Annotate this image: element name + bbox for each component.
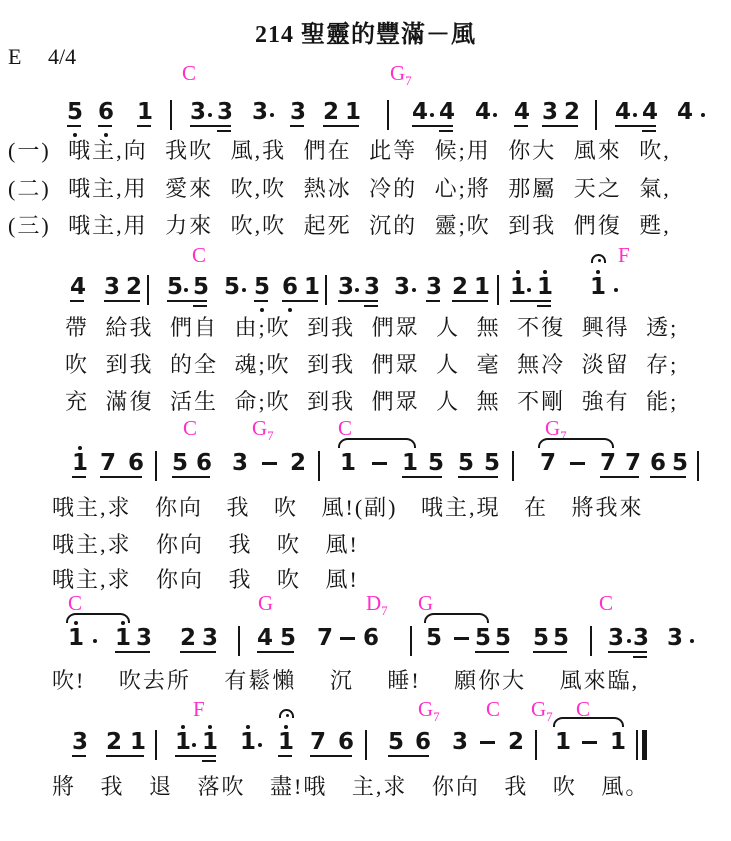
note-digit-1: 1 [510, 276, 526, 299]
chord-label-F: F [193, 698, 205, 720]
beam-line [106, 755, 144, 757]
note-digit-2: 2 [126, 276, 142, 299]
note-digit-3: 3 [232, 452, 248, 475]
beam-line [475, 651, 509, 653]
note-digit-2: 2 [180, 627, 196, 650]
beam-line [615, 125, 656, 127]
chord-extension: 7 [405, 73, 412, 88]
lyric-line-8: 哦主,求 你向 我 吹 風! [52, 532, 359, 558]
lyric-line-10: 吹! 吹去所 有鬆懶 沉 睡! 願你大 風來臨, [52, 668, 639, 694]
note-digit-3: 3 [104, 276, 120, 299]
duration-dash [262, 462, 277, 465]
octave-dot-high [284, 725, 288, 729]
note-digit-1: 1 [137, 101, 153, 124]
note-digit-1: 1 [610, 731, 626, 754]
note-digit-1: 1 [202, 731, 218, 754]
beam-line [412, 125, 453, 127]
beam-line [364, 305, 378, 307]
octave-dot-high [543, 270, 547, 274]
note-digit-1: 1 [240, 731, 256, 754]
beam-line [514, 125, 528, 127]
beam-line [533, 651, 567, 653]
barline [497, 275, 499, 305]
note-digit-5: 5 [672, 452, 688, 475]
note-digit-1: 1 [115, 627, 131, 650]
note-digit-3: 3 [364, 276, 380, 299]
note-digit-3: 3 [542, 101, 558, 124]
key-signature: E [8, 44, 21, 70]
note-digit-1: 1 [537, 276, 553, 299]
octave-dot-high [246, 725, 250, 729]
beam-line [650, 476, 686, 478]
chord-label-C: C [486, 698, 500, 720]
augmentation-dot [627, 639, 631, 643]
tie-arc [66, 613, 130, 623]
beam-line [190, 125, 231, 127]
note-digit-7: 7 [310, 731, 326, 754]
note-digit-1: 1 [345, 101, 361, 124]
beam-line [257, 651, 294, 653]
note-digit-5: 5 [475, 627, 491, 650]
note-digit-5: 5 [388, 731, 404, 754]
note-digit-5: 5 [224, 276, 240, 299]
beam-line [452, 300, 488, 302]
beam-line [608, 651, 647, 653]
beam-line [72, 476, 86, 478]
barline [410, 626, 412, 656]
beam-line [70, 300, 84, 302]
barline [170, 100, 172, 130]
beam-line [172, 476, 210, 478]
note-digit-3: 3 [667, 627, 683, 650]
note-digit-5: 5 [553, 627, 569, 650]
octave-dot-high [596, 270, 600, 274]
barline [365, 730, 367, 760]
barline [318, 451, 320, 481]
octave-dot-low [104, 133, 108, 137]
octave-dot-low [288, 308, 292, 312]
note-digit-7: 7 [600, 452, 616, 475]
barline [595, 100, 597, 130]
beam-line [202, 760, 216, 762]
beam-line [310, 755, 352, 757]
note-digit-3: 3 [136, 627, 152, 650]
note-digit-4: 4 [439, 101, 455, 124]
page-title: 214 聖靈的豐滿－風 [0, 14, 731, 49]
augmentation-dot [258, 743, 262, 747]
note-digit-5: 5 [484, 452, 500, 475]
chord-label-D7: D7 [366, 592, 388, 616]
note-digit-2: 2 [323, 101, 339, 124]
beam-line [67, 125, 81, 127]
lyric-line-2: (二) 哦主,用 愛來 吹,吹 熱冰 冷的 心;將 那屬 天之 氣, [8, 176, 671, 202]
augmentation-dot [355, 288, 359, 292]
note-digit-3: 3 [252, 101, 268, 124]
note-digit-5: 5 [172, 452, 188, 475]
beam-line [642, 130, 656, 132]
augmentation-dot [614, 288, 618, 292]
hymn-sheet-page: 214 聖靈的豐滿－風 E 4/4 CG7561333321444432444C… [0, 0, 731, 841]
note-digit-2: 2 [508, 731, 524, 754]
augmentation-dot [192, 743, 196, 747]
augmentation-dot [527, 288, 531, 292]
note-digit-6: 6 [363, 627, 379, 650]
augmentation-dot [493, 113, 497, 117]
beam-line [278, 755, 292, 757]
tie-arc [424, 613, 489, 623]
note-digit-4: 4 [642, 101, 658, 124]
chord-label-G: G [258, 592, 273, 614]
duration-dash [582, 741, 597, 744]
beam-line [537, 305, 551, 307]
note-digit-6: 6 [650, 452, 666, 475]
lyric-line-5: 吹 到我 的全 魂;吹 到我 們眾 人 毫 無冷 淡留 存; [65, 352, 678, 378]
note-digit-3: 3 [217, 101, 233, 124]
fermata-dot [598, 259, 601, 262]
lyric-line-4: 帶 給我 們自 由;吹 到我 們眾 人 無 不復 興得 透; [65, 315, 678, 341]
note-digit-4: 4 [514, 101, 530, 124]
note-digit-4: 4 [677, 101, 693, 124]
lyric-line-6: 充 滿復 活生 命;吹 到我 們眾 人 無 不剛 強有 能; [65, 389, 678, 415]
octave-dot-low [73, 133, 77, 137]
chord-extension: 7 [267, 428, 274, 443]
barline [590, 626, 592, 656]
octave-dot-low [260, 308, 264, 312]
note-digit-1: 1 [175, 731, 191, 754]
lyric-line-3: (三) 哦主,用 力來 吹,吹 起死 沉的 靈;吹 到我 們復 甦, [8, 213, 671, 239]
note-digit-1: 1 [402, 452, 418, 475]
beam-line [282, 300, 318, 302]
chord-extension: 7 [381, 603, 388, 618]
lyric-line-1: (一) 哦主,向 我吹 風,我 們在 此等 候;用 你大 風來 吹, [8, 138, 671, 164]
note-digit-3: 3 [394, 276, 410, 299]
note-digit-6: 6 [338, 731, 354, 754]
note-digit-4: 4 [257, 627, 273, 650]
beam-line [458, 476, 498, 478]
note-digit-2: 2 [452, 276, 468, 299]
beam-line [217, 130, 231, 132]
augmentation-dot [184, 288, 188, 292]
beam-line [254, 300, 268, 302]
chord-extension: 7 [546, 709, 553, 724]
beam-line [175, 755, 216, 757]
chord-label-C: C [183, 417, 197, 439]
note-digit-3: 3 [290, 101, 306, 124]
chord-extension: 7 [433, 709, 440, 724]
note-digit-3: 3 [72, 731, 88, 754]
duration-dash [340, 637, 355, 640]
note-digit-1: 1 [304, 276, 320, 299]
note-digit-6: 6 [282, 276, 298, 299]
tie-arc [338, 438, 416, 448]
augmentation-dot [242, 288, 246, 292]
note-digit-4: 4 [412, 101, 428, 124]
note-digit-3: 3 [608, 627, 624, 650]
chord-label-F: F [618, 244, 630, 266]
beam-line [180, 651, 216, 653]
note-digit-5: 5 [254, 276, 270, 299]
beam-line [104, 300, 140, 302]
note-digit-4: 4 [615, 101, 631, 124]
barline [387, 100, 389, 130]
note-digit-1: 1 [72, 452, 88, 475]
note-digit-5: 5 [458, 452, 474, 475]
duration-dash [454, 637, 469, 640]
augmentation-dot [701, 113, 705, 117]
note-digit-3: 3 [452, 731, 468, 754]
note-digit-1: 1 [340, 452, 356, 475]
beam-line [323, 125, 359, 127]
beam-line [98, 125, 112, 127]
beam-line [388, 755, 429, 757]
beam-line [426, 300, 440, 302]
beam-line [137, 125, 151, 127]
note-digit-4: 4 [70, 276, 86, 299]
chord-label-C: C [192, 244, 206, 266]
note-digit-5: 5 [426, 627, 442, 650]
note-digit-5: 5 [167, 276, 183, 299]
note-digit-5: 5 [67, 101, 83, 124]
note-digit-5: 5 [495, 627, 511, 650]
chord-label-G7: G7 [252, 417, 274, 441]
final-barline-thin [636, 730, 638, 760]
beam-line [167, 300, 207, 302]
beam-line [100, 476, 142, 478]
beam-line [439, 130, 453, 132]
fermata-icon [591, 254, 606, 263]
tie-arc [553, 717, 624, 727]
chord-label-G7: G7 [531, 698, 553, 722]
tie-arc [538, 438, 614, 448]
note-digit-1: 1 [474, 276, 490, 299]
augmentation-dot [430, 113, 434, 117]
beam-line [290, 125, 304, 127]
beam-line [338, 300, 378, 302]
duration-dash [480, 741, 495, 744]
duration-dash [372, 462, 387, 465]
note-digit-3: 3 [202, 627, 218, 650]
augmentation-dot [633, 113, 637, 117]
note-digit-1: 1 [590, 276, 606, 299]
note-digit-1: 1 [68, 627, 84, 650]
chord-label-C: C [182, 62, 196, 84]
final-barline-thick [642, 730, 647, 760]
note-digit-7: 7 [317, 627, 333, 650]
beam-line [72, 755, 86, 757]
note-digit-7: 7 [540, 452, 556, 475]
barline [512, 451, 514, 481]
note-digit-1: 1 [555, 731, 571, 754]
augmentation-dot [208, 113, 212, 117]
octave-dot-high [208, 725, 212, 729]
note-digit-3: 3 [426, 276, 442, 299]
augmentation-dot [93, 639, 97, 643]
lyric-line-7: 哦主,求 你向 我 吹 風!(副) 哦主,現 在 將我來 [52, 495, 643, 521]
octave-dot-high [516, 270, 520, 274]
note-digit-1: 1 [278, 731, 294, 754]
chord-label-C: C [68, 592, 82, 614]
chord-label-C: C [338, 417, 352, 439]
barline [155, 730, 157, 760]
chord-label-G7: G7 [418, 698, 440, 722]
barline [238, 626, 240, 656]
lyric-line-11: 將 我 退 落吹 盡!哦 主,求 你向 我 吹 風。 [52, 774, 649, 800]
beam-line [510, 300, 551, 302]
augmentation-dot [412, 288, 416, 292]
note-digit-6: 6 [128, 452, 144, 475]
barline [147, 275, 149, 305]
fermata-dot [286, 714, 289, 717]
note-digit-5: 5 [193, 276, 209, 299]
beam-line [633, 656, 647, 658]
octave-dot-high [78, 446, 82, 450]
chord-label-G7: G7 [390, 62, 412, 86]
note-digit-3: 3 [338, 276, 354, 299]
beam-line [193, 305, 207, 307]
note-digit-3: 3 [190, 101, 206, 124]
barline [325, 275, 327, 305]
note-digit-2: 2 [106, 731, 122, 754]
chord-label-C: C [599, 592, 613, 614]
augmentation-dot [690, 639, 694, 643]
fermata-icon [279, 709, 294, 718]
augmentation-dot [270, 113, 274, 117]
note-digit-5: 5 [280, 627, 296, 650]
note-digit-4: 4 [475, 101, 491, 124]
note-digit-6: 6 [415, 731, 431, 754]
barline [697, 451, 699, 481]
time-signature: 4/4 [48, 44, 76, 70]
barline [155, 451, 157, 481]
beam-line [600, 476, 639, 478]
octave-dot-high [181, 725, 185, 729]
note-digit-3: 3 [633, 627, 649, 650]
note-digit-5: 5 [533, 627, 549, 650]
lyric-line-9: 哦主,求 你向 我 吹 風! [52, 567, 359, 593]
note-digit-2: 2 [564, 101, 580, 124]
note-digit-2: 2 [290, 452, 306, 475]
note-digit-1: 1 [130, 731, 146, 754]
duration-dash [570, 462, 585, 465]
note-digit-6: 6 [196, 452, 212, 475]
note-digit-7: 7 [625, 452, 641, 475]
beam-line [115, 651, 150, 653]
note-digit-6: 6 [98, 101, 114, 124]
note-digit-5: 5 [428, 452, 444, 475]
beam-line [402, 476, 442, 478]
beam-line [542, 125, 578, 127]
barline [535, 730, 537, 760]
chord-label-G: G [418, 592, 433, 614]
note-digit-7: 7 [100, 452, 116, 475]
